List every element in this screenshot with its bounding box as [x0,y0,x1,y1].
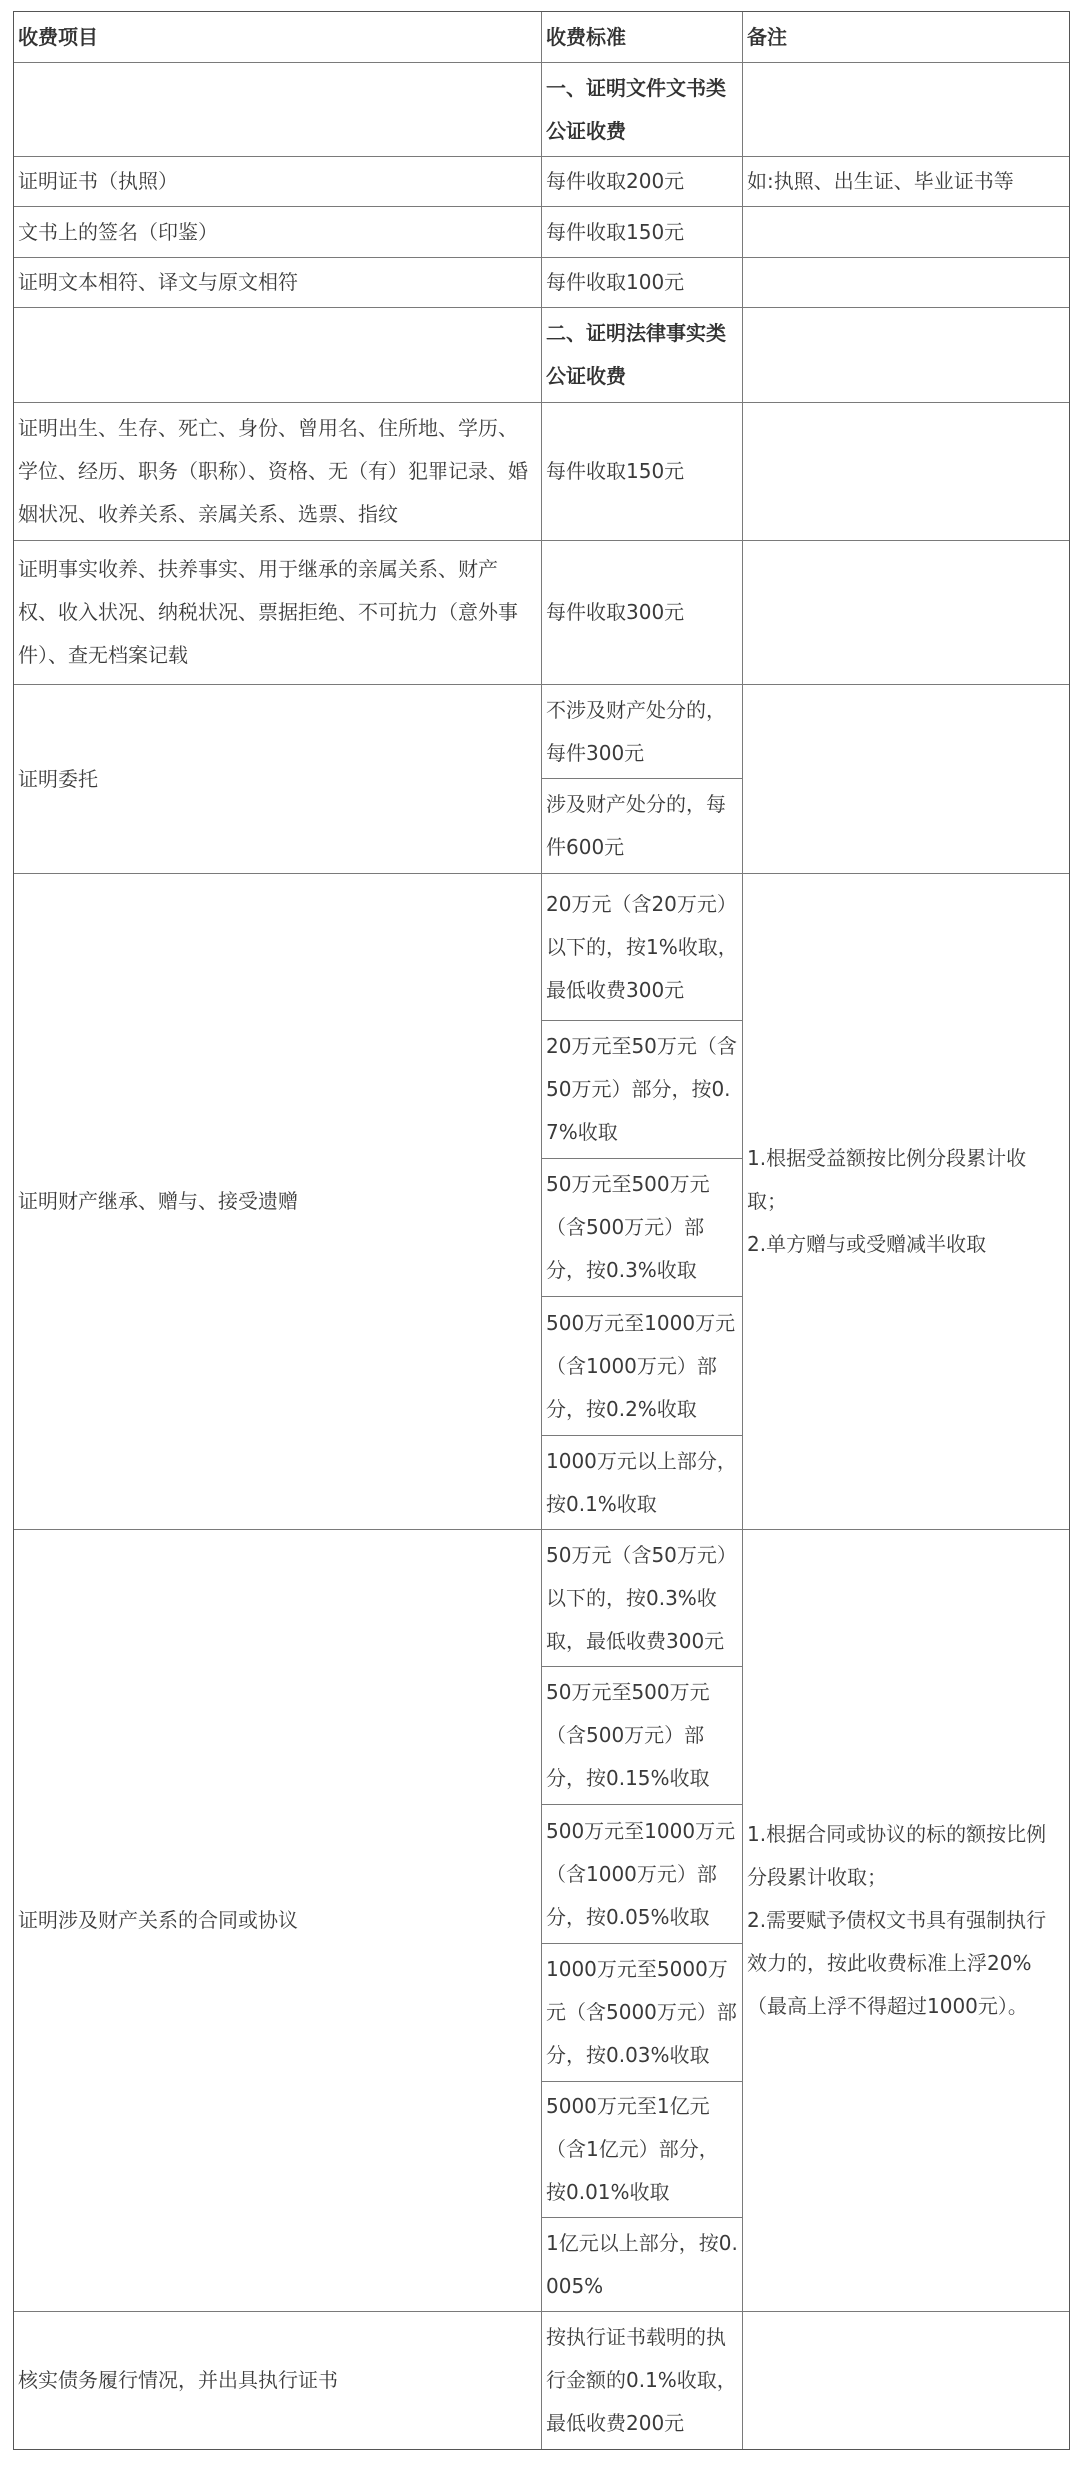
row-note: 如:执照、出生证、毕业证书等 [742,156,1070,207]
row-standard-text: 每件收取100元 [546,261,738,304]
row-standard-tier: 20万元至50万元（含50万元）部分，按0.7%收取 [541,1020,743,1159]
row-standard-tier: 1000万元至5000万元（含5000万元）部分，按0.03%收取 [541,1943,743,2082]
row-standard-text: 每件收取200元 [546,160,738,203]
row-standard-text: 每件收取150元 [546,450,738,493]
row-standard-tier-text: 50万元（含50万元）以下的，按0.3%收取，最低收费300元 [546,1534,738,1663]
row-note [742,307,1070,403]
section-title: 一、证明文件文书类公证收费 [541,62,743,157]
row-item-text: 证明出生、生存、死亡、身份、曾用名、住所地、学历、学位、经历、职务（职称）、资格… [18,407,537,536]
row-standard-tier-text: 500万元至1000万元（含1000万元）部分，按0.05%收取 [546,1810,738,1939]
row-note [742,540,1070,685]
row-item: 证明出生、生存、死亡、身份、曾用名、住所地、学历、学位、经历、职务（职称）、资格… [13,402,542,541]
row-standard-tier: 500万元至1000万元（含1000万元）部分，按0.05%收取 [541,1804,743,1944]
row-standard-tier-text: 20万元（含20万元）以下的，按1%收取，最低收费300元 [546,883,738,1012]
note-line: 2.单方赠与或受赠减半收取 [747,1223,1065,1266]
row-standard-tier-text: 500万元至1000万元（含1000万元）部分，按0.2%收取 [546,1302,738,1431]
row-item: 证明委托 [13,684,542,874]
row-standard-tier: 500万元至1000万元（含1000万元）部分，按0.2%收取 [541,1296,743,1436]
row-note [742,402,1070,541]
row-standard-tier: 20万元（含20万元）以下的，按1%收取，最低收费300元 [541,873,743,1021]
header-note: 备注 [742,11,1070,63]
row-standard: 按执行证书载明的执行金额的0.1%收取，最低收费200元 [541,2311,743,2450]
row-item: 证明涉及财产关系的合同或协议 [13,1529,542,2312]
row-item: 证明证书（执照） [13,156,542,207]
row-item [13,307,542,403]
row-standard-tier-text: 5000万元至1亿元（含1亿元）部分，按0.01%收取 [546,2085,738,2214]
row-note-text: 如:执照、出生证、毕业证书等 [747,160,1065,203]
row-note [742,2311,1070,2450]
row-item-text: 证明委托 [18,758,537,801]
row-standard-tier: 涉及财产处分的，每件600元 [541,778,743,874]
row-standard-text: 按执行证书载明的执行金额的0.1%收取，最低收费200元 [546,2316,738,2445]
header-item: 收费项目 [13,11,542,63]
row-standard-tier-text: 50万元至500万元（含500万元）部分，按0.3%收取 [546,1163,738,1292]
row-standard-tier-text: 20万元至50万元（含50万元）部分，按0.7%收取 [546,1025,738,1154]
row-standard-text: 每件收取150元 [546,211,738,254]
row-item-text: 证明文本相符、译文与原文相符 [18,261,537,304]
row-item-text: 文书上的签名（印鉴） [18,211,537,254]
row-standard-text: 每件收取300元 [546,591,738,634]
row-standard: 每件收取200元 [541,156,743,207]
row-note-text: 1.根据合同或协议的标的额按比例分段累计收取；2.需要赋予债权文书具有强制执行效… [747,1813,1065,2028]
row-note-text: 1.根据受益额按比例分段累计收取；2.单方赠与或受赠减半收取 [747,1137,1065,1266]
section-title-text: 二、证明法律事实类公证收费 [546,312,738,398]
row-note: 1.根据合同或协议的标的额按比例分段累计收取；2.需要赋予债权文书具有强制执行效… [742,1529,1070,2312]
header-item-text: 收费项目 [18,16,537,59]
row-standard: 每件收取300元 [541,540,743,685]
row-standard-tier: 50万元（含50万元）以下的，按0.3%收取，最低收费300元 [541,1529,743,1667]
row-item: 证明文本相符、译文与原文相符 [13,257,542,308]
row-standard-tier-text: 1000万元至5000万元（含5000万元）部分，按0.03%收取 [546,1948,738,2077]
row-item-text: 证明证书（执照） [18,160,537,203]
section-title-text: 一、证明文件文书类公证收费 [546,67,738,153]
header-standard: 收费标准 [541,11,743,63]
header-standard-text: 收费标准 [546,16,738,59]
row-standard-tier-text: 不涉及财产处分的，每件300元 [546,689,738,775]
row-standard: 每件收取100元 [541,257,743,308]
note-line: 2.需要赋予债权文书具有强制执行效力的，按此收费标准上浮20%（最高上浮不得超过… [747,1899,1065,2028]
row-note [742,684,1070,874]
row-item-text: 证明涉及财产关系的合同或协议 [18,1899,537,1942]
row-standard-tier-text: 涉及财产处分的，每件600元 [546,783,738,869]
row-note: 1.根据受益额按比例分段累计收取；2.单方赠与或受赠减半收取 [742,873,1070,1530]
row-item: 文书上的签名（印鉴） [13,206,542,258]
row-standard-tier: 50万元至500万元（含500万元）部分，按0.15%收取 [541,1666,743,1805]
header-note-text: 备注 [747,16,1065,59]
row-standard: 每件收取150元 [541,206,743,258]
row-standard-tier: 50万元至500万元（含500万元）部分，按0.3%收取 [541,1158,743,1297]
row-item [13,62,542,157]
row-standard-tier-text: 50万元至500万元（含500万元）部分，按0.15%收取 [546,1671,738,1800]
row-note [742,257,1070,308]
row-standard-tier: 5000万元至1亿元（含1亿元）部分，按0.01%收取 [541,2081,743,2218]
note-line: 1.根据合同或协议的标的额按比例分段累计收取； [747,1813,1065,1899]
row-item-text: 证明事实收养、扶养事实、用于继承的亲属关系、财产权、收入状况、纳税状况、票据拒绝… [18,548,537,677]
row-standard-tier: 不涉及财产处分的，每件300元 [541,684,743,779]
section-title: 二、证明法律事实类公证收费 [541,307,743,403]
row-note [742,62,1070,157]
row-standard-tier-text: 1亿元以上部分，按0.005% [546,2222,738,2308]
row-standard-tier-text: 1000万元以上部分，按0.1%收取 [546,1440,738,1526]
row-standard: 每件收取150元 [541,402,743,541]
note-line: 1.根据受益额按比例分段累计收取； [747,1137,1065,1223]
row-item: 证明财产继承、赠与、接受遗赠 [13,873,542,1530]
row-item: 证明事实收养、扶养事实、用于继承的亲属关系、财产权、收入状况、纳税状况、票据拒绝… [13,540,542,685]
row-item-text: 证明财产继承、赠与、接受遗赠 [18,1180,537,1223]
row-item: 核实债务履行情况，并出具执行证书 [13,2311,542,2450]
row-standard-tier: 1亿元以上部分，按0.005% [541,2217,743,2312]
row-standard-tier: 1000万元以上部分，按0.1%收取 [541,1435,743,1530]
row-item-text: 核实债务履行情况，并出具执行证书 [18,2359,537,2402]
row-note [742,206,1070,258]
